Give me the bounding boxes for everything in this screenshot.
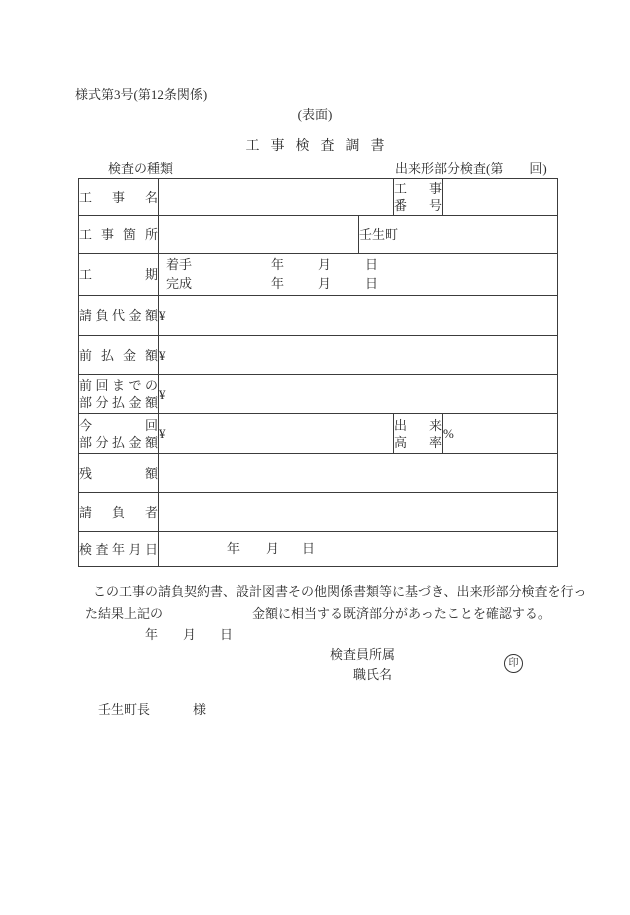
seal-mark-icon: 印 — [504, 654, 523, 673]
cell-current-partial-payment-value: ¥ — [159, 414, 394, 454]
label-contractor: 請負者 — [79, 493, 159, 532]
cell-construction-number-value — [443, 179, 558, 216]
inspector-affiliation-label: 検査員所属 — [330, 644, 395, 663]
row-construction-site: 工事箇所 壬生町 — [79, 216, 558, 254]
cell-construction-site-town: 壬生町 — [359, 216, 558, 254]
addressee-name: 壬生町長 — [98, 699, 150, 718]
label-advance-payment: 前払金額 — [79, 336, 159, 375]
cell-completion-rate-value: % — [443, 414, 558, 454]
side-label: (表面) — [0, 104, 630, 123]
inspection-table: 工事名 工事 番号 工事箇所 壬生町 工期 着手 年 月 日 完成 年 — [78, 178, 558, 567]
confirmation-text-line1: この工事の請負契約書、設計図書その他関係書類等に基づき、出来形部分検査を行っ — [93, 581, 586, 600]
row-inspection-date: 検査年月日 年 月 日 — [79, 532, 558, 567]
document-title: 工事検査調書 — [0, 135, 630, 155]
label-construction-site: 工事箇所 — [79, 216, 159, 254]
label-construction-period: 工期 — [79, 254, 159, 296]
cell-inspection-date-value: 年 月 日 — [159, 532, 558, 567]
inspection-date-line: 年 月 日 — [159, 540, 557, 559]
footer-date-month: 月 — [183, 624, 196, 643]
label-balance: 残額 — [79, 454, 159, 493]
cell-contractor-value — [159, 493, 558, 532]
row-construction-period: 工期 着手 年 月 日 完成 年 月 日 — [79, 254, 558, 296]
row-contractor: 請負者 — [79, 493, 558, 532]
label-current-partial-payment: 今回 部分払金額 — [79, 414, 159, 454]
document-page: 様式第3号(第12条関係) (表面) 工事検査調書 検査の種類 出来形部分検査(… — [0, 0, 630, 915]
row-current-partial-payment: 今回 部分払金額 ¥ 出来 高率 % — [79, 414, 558, 454]
cell-advance-payment-value: ¥ — [159, 336, 558, 375]
inspection-type-label: 検査の種類 — [108, 158, 173, 177]
addressee-honorific: 様 — [193, 699, 206, 718]
period-start-label: 着手 — [166, 256, 192, 273]
row-balance: 残額 — [79, 454, 558, 493]
period-finish-day: 日 — [365, 275, 378, 292]
period-finish-line: 完成 年 月 日 — [159, 275, 557, 294]
cell-balance-value — [159, 454, 558, 493]
period-finish-year: 年 — [271, 275, 284, 292]
period-start-line: 着手 年 月 日 — [159, 256, 557, 275]
cell-construction-period: 着手 年 月 日 完成 年 月 日 — [159, 254, 558, 296]
cell-previous-partial-payment-value: ¥ — [159, 375, 558, 414]
footer-date-day: 日 — [220, 624, 233, 643]
period-start-day: 日 — [365, 256, 378, 273]
cell-construction-site-value — [159, 216, 359, 254]
label-previous-partial-payment: 前回までの 部分払金額 — [79, 375, 159, 414]
label-construction-number: 工事 番号 — [394, 179, 443, 216]
period-finish-month: 月 — [318, 275, 331, 292]
row-contract-amount: 請負代金額 ¥ — [79, 296, 558, 336]
footer-date-year: 年 — [145, 624, 158, 643]
form-number: 様式第3号(第12条関係) — [75, 84, 207, 103]
inspection-date-year: 年 — [227, 540, 240, 557]
inspection-date-month: 月 — [266, 540, 279, 557]
cell-contract-amount-value: ¥ — [159, 296, 558, 336]
period-start-year: 年 — [271, 256, 284, 273]
row-previous-partial-payment: 前回までの 部分払金額 ¥ — [79, 375, 558, 414]
label-completion-rate: 出来 高率 — [394, 414, 443, 454]
inspection-date-day: 日 — [302, 540, 315, 557]
row-advance-payment: 前払金額 ¥ — [79, 336, 558, 375]
inspection-type-value: 出来形部分検査(第 回) — [395, 158, 547, 177]
inspector-title-name-label: 職氏名 — [353, 664, 392, 683]
confirmation-text-line2-right: 金額に相当する既済部分があったことを確認する。 — [252, 603, 551, 622]
period-finish-label: 完成 — [166, 275, 192, 292]
period-start-month: 月 — [318, 256, 331, 273]
label-inspection-date: 検査年月日 — [79, 532, 159, 567]
label-contract-amount: 請負代金額 — [79, 296, 159, 336]
label-construction-name: 工事名 — [79, 179, 159, 216]
cell-construction-name-value — [159, 179, 394, 216]
row-construction-name: 工事名 工事 番号 — [79, 179, 558, 216]
confirmation-text-line2-left: た結果上記の — [85, 603, 163, 622]
